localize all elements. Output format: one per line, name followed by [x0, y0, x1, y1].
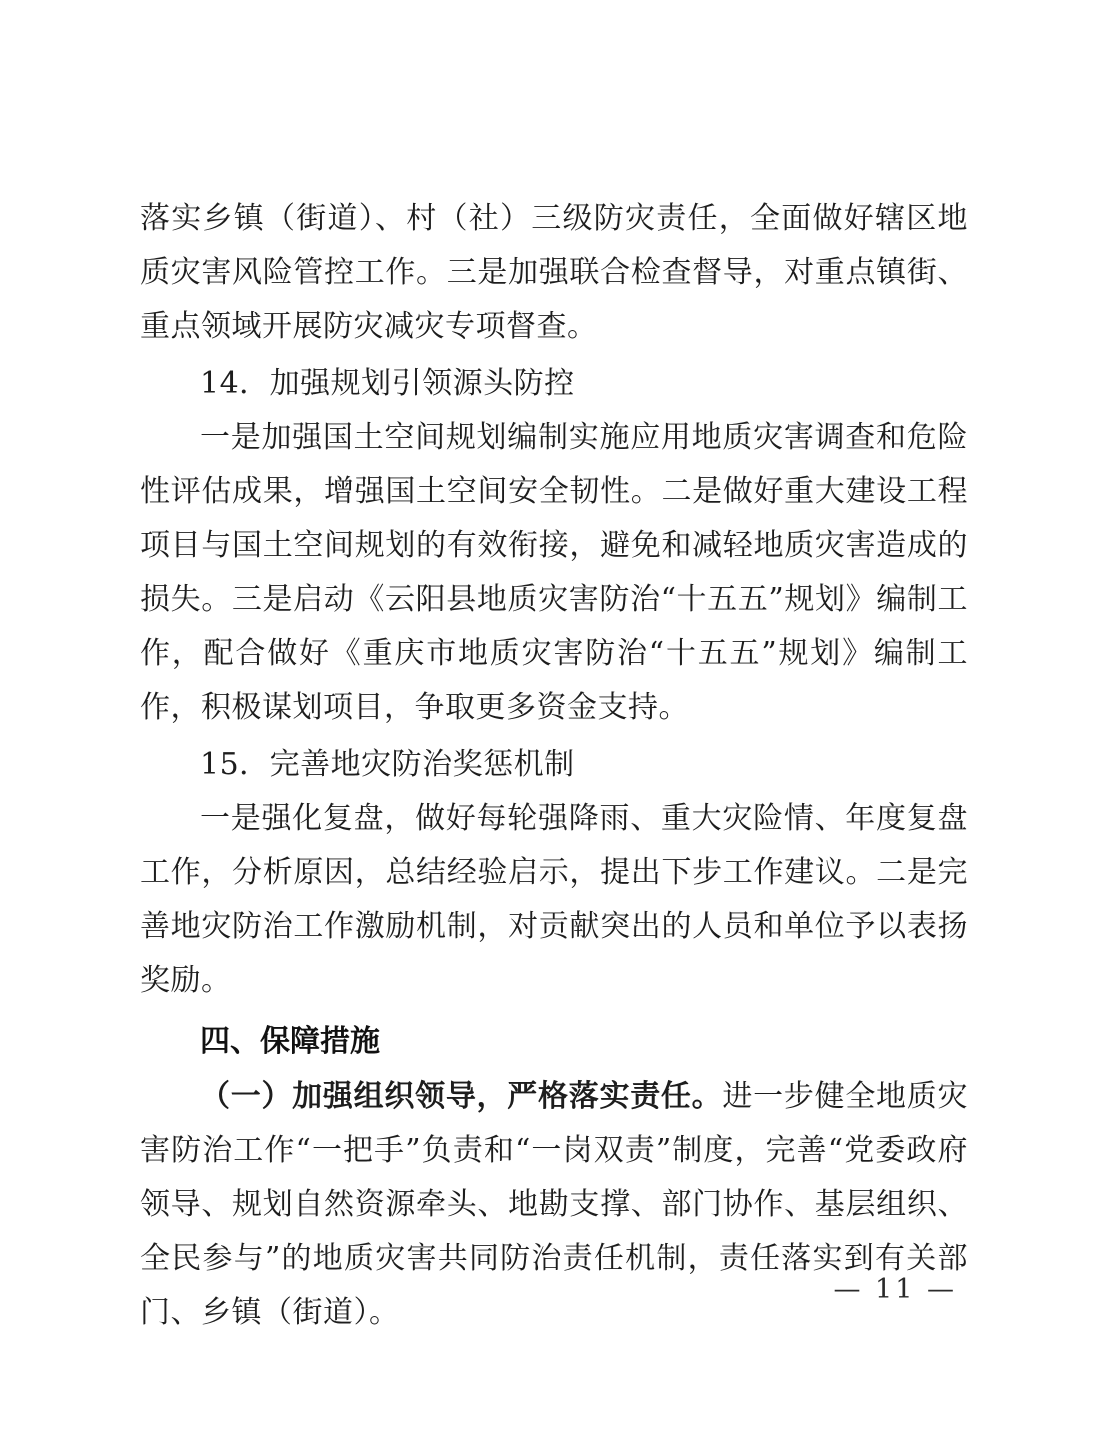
paragraph-item-15-body: 一是强化复盘，做好每轮强降雨、重大灾险情、年度复盘工作，分析原因，总结经验启示，…	[140, 792, 968, 1008]
paragraph-bold-lead: （一）加强组织领导，严格落实责任。	[200, 1079, 722, 1114]
document-page: 落实乡镇（街道）、村（社）三级防灾责任，全面做好辖区地质灾害风险管控工作。三是加…	[0, 0, 1105, 1430]
page-number: — 11 —	[833, 1274, 957, 1305]
document-body: 落实乡镇（街道）、村（社）三级防灾责任，全面做好辖区地质灾害风险管控工作。三是加…	[140, 192, 968, 1340]
paragraph-item-14-body: 一是加强国土空间规划编制实施应用地质灾害调查和危险性评估成果，增强国土空间安全韧…	[140, 411, 968, 735]
paragraph-continuation: 落实乡镇（街道）、村（社）三级防灾责任，全面做好辖区地质灾害风险管控工作。三是加…	[140, 192, 968, 354]
section-heading-safeguard-measures: 四、保障措施	[140, 1014, 968, 1070]
subheading-item-15: 15．完善地灾防治奖惩机制	[140, 738, 968, 792]
page-footer: — 11 —	[833, 1272, 957, 1308]
subheading-item-14: 14．加强规划引领源头防控	[140, 357, 968, 411]
